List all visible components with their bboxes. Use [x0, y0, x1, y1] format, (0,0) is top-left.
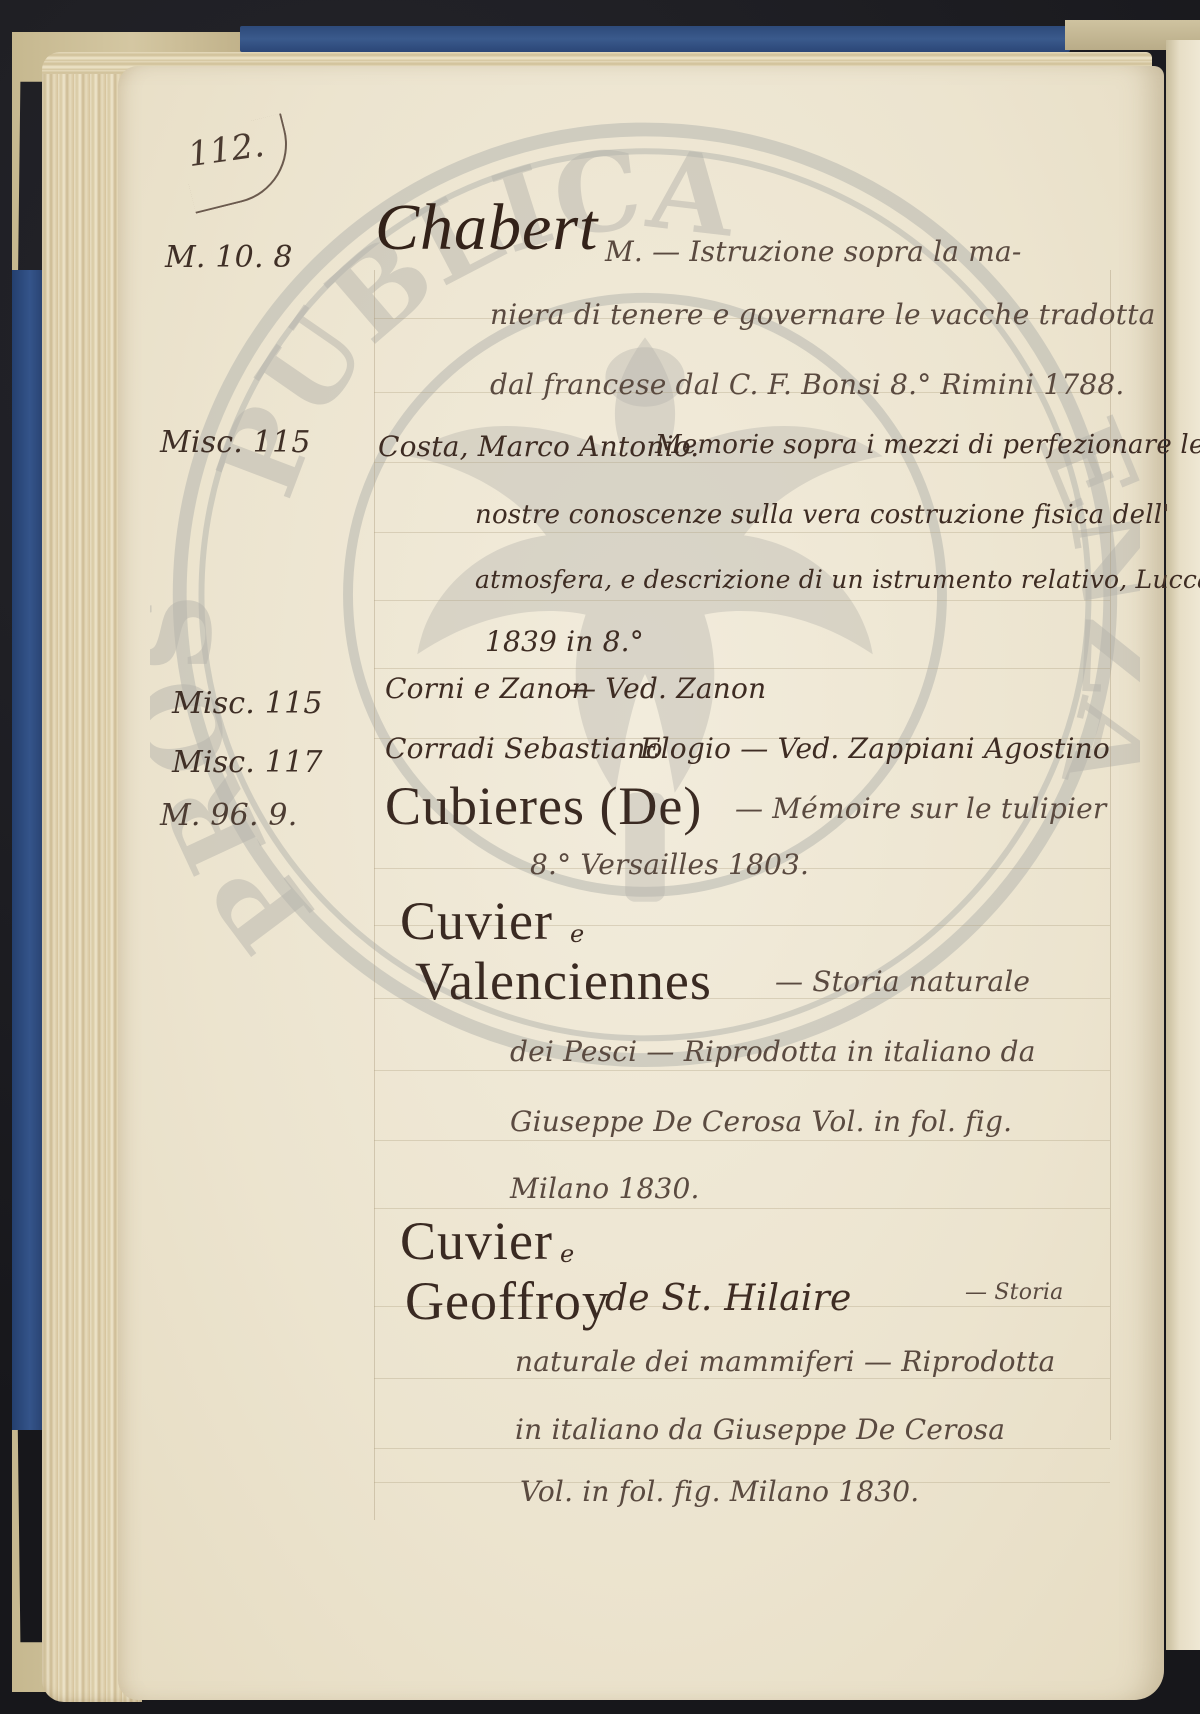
shelfmark: M. 96. 9. [160, 798, 297, 833]
entry-line: — Mémoire sur le tulipier [735, 792, 1107, 825]
ruled-line [374, 668, 1110, 669]
entry-line: dal francese dal C. F. Bonsi 8.° Rimini … [490, 368, 1125, 401]
entry-line: Memorie sopra i mezzi di perfezionare le [655, 430, 1200, 460]
entry-line: atmosfera, e descrizione di un istrument… [475, 565, 1200, 594]
entry-heading-suffix: de St. Hilaire [605, 1278, 852, 1319]
ruled-line [374, 1070, 1110, 1071]
ruled-line [374, 1208, 1110, 1209]
ruled-line [374, 600, 1110, 601]
entry-heading: Chabert [375, 190, 598, 266]
book-cover-blue-top [240, 26, 1070, 52]
entry-line: dei Pesci — Riprodotta in italiano da [510, 1035, 1036, 1068]
entry-line: niera di tenere e governare le vacche tr… [490, 298, 1156, 331]
shelfmark: Misc. 115 [172, 686, 323, 721]
entry-line: Milano 1830. [510, 1172, 700, 1205]
entry-line: in italiano da Giuseppe De Cerosa [515, 1413, 1005, 1446]
entry-heading: Cuvier [400, 890, 553, 952]
adjacent-page-edge [1166, 40, 1200, 1650]
entry-line: naturale dei mammiferi — Riprodotta [515, 1345, 1055, 1378]
entry-heading: Corni e Zanon [385, 672, 590, 705]
entry-line: — Ved. Zanon [568, 672, 766, 705]
entry-heading: Cuvier [400, 1210, 553, 1272]
entry-heading: Cubieres (De) [385, 775, 702, 837]
shelfmark: Misc. 117 [172, 745, 323, 780]
ruled-line [374, 1378, 1110, 1379]
entry-connector: e [560, 1240, 574, 1268]
entry-line: — Storia [965, 1280, 1063, 1305]
ruled-line [374, 1140, 1110, 1141]
entry-line: Vol. in fol. fig. Milano 1830. [520, 1475, 919, 1508]
shelfmark: M. 10. 8 [165, 240, 293, 275]
entry-connector: e [570, 920, 584, 948]
entry-line: — Storia naturale [775, 965, 1030, 998]
entry-line: Giuseppe De Cerosa Vol. in fol. fig. [510, 1105, 1012, 1138]
entry-line: 1839 in 8.° [485, 625, 644, 658]
entry-line: nostre conoscenze sulla vera costruzione… [475, 500, 1170, 530]
ruled-line [374, 1448, 1110, 1449]
entry-line: Elogio — Ved. Zappiani Agostino [640, 732, 1110, 765]
margin-rule-left [374, 270, 375, 1520]
entry-heading: Corradi Sebastiano [385, 732, 663, 765]
book-cover-blue-left [12, 270, 42, 1430]
shelfmark: Misc. 115 [160, 425, 311, 460]
ruled-line [374, 532, 1110, 533]
entry-line: M. — Istruzione sopra la ma- [605, 235, 1022, 268]
entry-heading-secondary: Valenciennes [415, 950, 712, 1012]
entry-line: 8.° Versailles 1803. [530, 848, 809, 881]
entry-heading: Costa, Marco Antonio. [378, 430, 699, 463]
entry-heading-secondary: Geoffroy [405, 1270, 610, 1332]
